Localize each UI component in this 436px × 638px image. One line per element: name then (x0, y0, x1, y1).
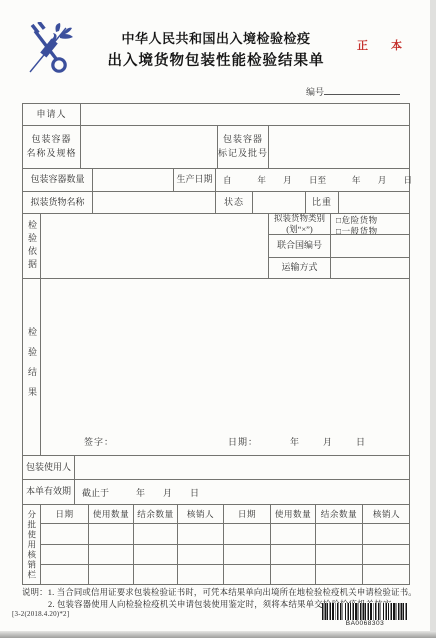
batch-cell[interactable] (88, 523, 133, 544)
batch-cell[interactable] (177, 544, 223, 564)
transport-mode-field[interactable] (330, 257, 410, 278)
batch-cell[interactable] (177, 523, 223, 544)
batch-cell[interactable] (315, 523, 362, 544)
signature-label: 签字： (84, 435, 114, 448)
serial-number-row: 编号 (306, 84, 400, 98)
batch-cell[interactable] (223, 544, 270, 564)
batch-cell[interactable] (40, 523, 88, 544)
batch-cell[interactable] (362, 564, 410, 585)
barcode-text: BA0068303 (322, 620, 408, 627)
batch-cell[interactable] (133, 564, 177, 585)
production-date-field[interactable]: 自 年 月 日至 年 月 日 (215, 168, 410, 191)
batch-col-header: 核销人 (362, 504, 410, 523)
container-mark-label: 包装容器 标记及批号 (217, 125, 268, 168)
batch-cell[interactable] (40, 564, 88, 585)
notes-label: 说明： (22, 588, 48, 597)
serial-label: 编号 (306, 87, 324, 97)
batch-cell[interactable] (223, 523, 270, 544)
batch-col-header: 使用数量 (270, 504, 315, 523)
inspection-basis-label: 检验依据 (22, 213, 40, 278)
batch-cell[interactable] (88, 544, 133, 564)
batch-cell[interactable] (362, 544, 410, 564)
batch-cell[interactable] (177, 564, 223, 585)
batch-col-header: 日期 (40, 504, 88, 523)
applicant-label: 申请人 (22, 103, 80, 125)
goods-name-field[interactable] (92, 191, 215, 213)
gravity-field[interactable] (338, 191, 410, 213)
state-field[interactable] (252, 191, 305, 213)
batch-cell[interactable] (133, 523, 177, 544)
batch-col-header: 核销人 (177, 504, 223, 523)
container-qty-label: 包装容器数量 (22, 168, 92, 191)
validity-field[interactable]: 截止于 年 月 日 (74, 479, 410, 504)
form-sheet: 中华人民共和国出入境检验检疫 出入境货物包装性能检验结果单 正 本 编号 申请人… (0, 0, 436, 638)
container-name-label: 包装容器 名称及规格 (22, 125, 80, 168)
batch-cell[interactable] (315, 564, 362, 585)
batch-cell[interactable] (40, 544, 88, 564)
container-name-field[interactable] (80, 125, 217, 168)
package-user-field[interactable] (74, 455, 410, 479)
scan-edge-bottom (0, 631, 436, 638)
batch-cell[interactable] (270, 564, 315, 585)
dangerous-goods-checkbox[interactable]: □危险货物 (336, 215, 410, 226)
container-qty-field[interactable] (92, 168, 173, 191)
batch-cell[interactable] (223, 564, 270, 585)
copy-type-stamp: 正 本 (357, 37, 408, 53)
notes-line1: 说明：1. 当合同或信用证要求包装检验证书时，可凭本结果单向出境所在地检验检疫机… (22, 587, 417, 600)
batch-cell[interactable] (315, 544, 362, 564)
batch-cell[interactable] (270, 523, 315, 544)
gravity-label: 比重 (305, 191, 338, 213)
result-date-label: 日期： (228, 435, 258, 448)
un-number-label: 联合国编号 (268, 234, 330, 257)
note-1: 1. 当合同或信用证要求包装检验证书时，可凭本结果单向出境所在地检验检疫机关申请… (48, 588, 417, 597)
container-mark-field[interactable] (268, 125, 410, 168)
applicant-field[interactable] (80, 103, 410, 125)
batch-cell[interactable] (133, 544, 177, 564)
form-code: [3-2(2018.4.20)*2] (12, 610, 69, 618)
goods-category-label: 拟装货物类别 (划“×”) (268, 213, 330, 234)
batch-cell[interactable] (270, 544, 315, 564)
batch-col-header: 结余数量 (315, 504, 362, 523)
package-user-label: 包装使用人 (22, 455, 74, 479)
serial-number-field[interactable] (324, 84, 400, 95)
batch-col-header: 日期 (223, 504, 270, 523)
batch-col-header: 结余数量 (133, 504, 177, 523)
barcode-icon (322, 603, 408, 620)
result-date-ymd: 年 月 日 (290, 435, 367, 448)
title-line1: 中华人民共和国出入境检验检疫 (22, 28, 410, 47)
batch-cell[interactable] (88, 564, 133, 585)
state-label: 状态 (215, 191, 252, 213)
batch-cell[interactable] (362, 523, 410, 544)
scan-edge-right (430, 0, 436, 638)
validity-label: 本单有效期 (22, 479, 74, 504)
inspection-basis-field[interactable] (40, 213, 268, 278)
un-number-field[interactable] (330, 234, 410, 257)
batch-col-header: 使用数量 (88, 504, 133, 523)
title-line2: 出入境货物包装性能检验结果单 (22, 49, 410, 70)
inspection-result-label: 检验结果 (22, 278, 40, 455)
goods-name-label: 拟装货物名称 (22, 191, 92, 213)
transport-mode-label: 运输方式 (268, 257, 330, 278)
inspection-result-field[interactable]: 签字： 日期： 年 月 日 (40, 278, 410, 455)
batch-table-label: 分批使用核销栏 (22, 504, 40, 585)
production-date-label: 生产日期 (173, 168, 215, 191)
goods-category-options: □危险货物 □一般货物 (330, 213, 410, 234)
